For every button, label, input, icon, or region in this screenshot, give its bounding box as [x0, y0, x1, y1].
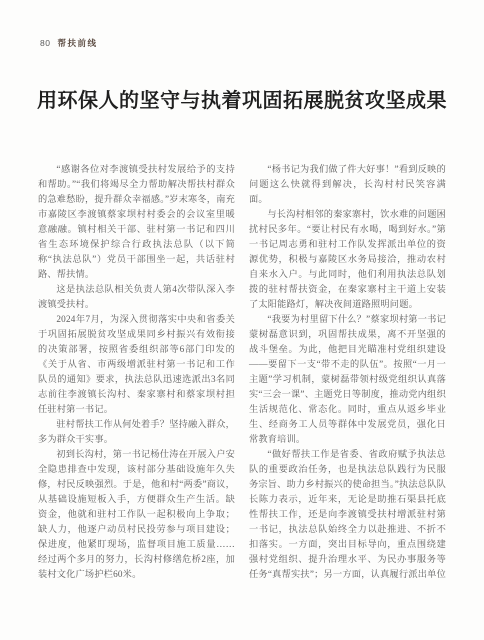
paragraph: “感谢各位对李渡镇受扶村发展给予的支持和帮助。”“我们将竭尽全力帮助解决帮扶村群…: [38, 162, 235, 282]
article-body: “感谢各位对李渡镇受扶村发展给予的支持和帮助。”“我们将竭尽全力帮助解决帮扶村群…: [38, 162, 446, 596]
paragraph: 驻村帮扶工作从何处着手？坚持融入群众，多为群众干实事。: [38, 417, 235, 447]
page-number: 80: [40, 38, 50, 48]
paragraph: 这是执法总队相关负责人第4次带队深入李渡镇受扶村。: [38, 282, 235, 312]
magazine-page: 80 帮扶前线 用环保人的坚守与执着巩固拓展脱贫攻坚成果 “感谢各位对李渡镇受扶…: [0, 0, 484, 640]
paragraph: “我要为村里留下什么？”蔡家坝村第一书记蒙树磊意识到，巩固帮扶成果，离不开坚强的…: [249, 312, 446, 447]
paragraph: “杨书记为我们做了件大好事！”看到反映的问题这么快就得到解决，长沟村村民笑容满面…: [249, 162, 446, 207]
page-header: 80 帮扶前线: [40, 37, 97, 49]
article-title: 用环保人的坚守与执着巩固拓展脱贫攻坚成果: [20, 88, 464, 114]
section-label: 帮扶前线: [57, 37, 97, 49]
paragraph: 2024年7月，为深入贯彻落实中央和省委关于巩固拓展脱贫攻坚成果同乡村振兴有效衔…: [38, 312, 235, 417]
paragraph: 初到长沟村，第一书记杨仕涛在开展入户安全隐患排查中发现，该村部分基础设施年久失修…: [38, 447, 235, 582]
paragraph: 与长沟村相邻的秦家寨村，饮水难的问题困扰村民多年。“要让村民有水喝，喝到好水。”…: [249, 207, 446, 312]
